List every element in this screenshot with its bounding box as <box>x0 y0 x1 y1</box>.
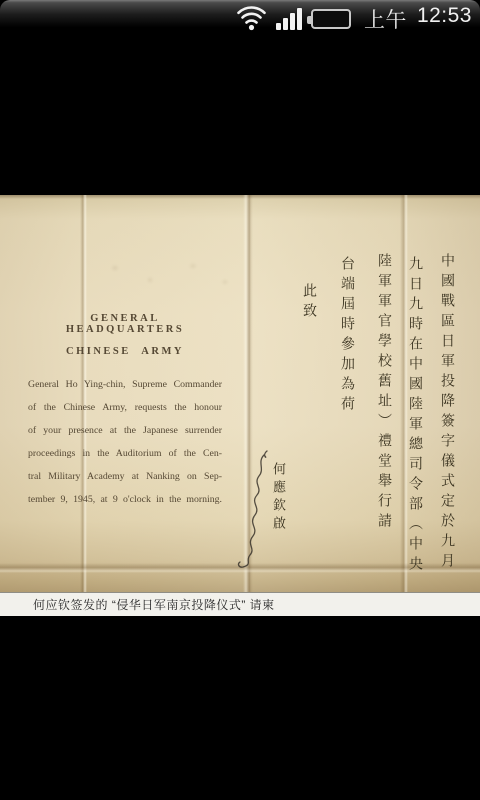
ink-bleed-through <box>95 250 245 310</box>
invitation-title-line1: GENERAL HEADQUARTERS <box>28 313 222 335</box>
document-photo[interactable]: GENERAL HEADQUARTERS CHINESE ARMY Genera… <box>0 195 480 592</box>
chinese-column-4: 台端屆時參加為荷 <box>337 256 357 416</box>
invitation-body-line: proceedings in the Auditorium of the Cen… <box>28 442 222 465</box>
clock-am-pm: 上午 <box>364 4 407 34</box>
chinese-column-2: 九日九時在中國陸軍總司令部（中央 <box>405 256 425 576</box>
caption-text: 何应钦签发的 “侵华日军南京投降仪式” 请柬 <box>33 596 275 613</box>
invitation-body-line: General Ho Ying-chin, Supreme Commander <box>28 373 222 396</box>
clock-time: 12:53 <box>417 4 472 34</box>
phone-screen: 上午 12:53 GENERAL HEADQUARTERS CHINESE AR… <box>0 0 480 800</box>
wifi-icon <box>236 6 267 32</box>
chinese-column-3: 陸軍軍官學校舊址）禮堂舉行請 <box>374 253 394 533</box>
status-bar: 上午 12:53 <box>0 0 480 38</box>
signal-strength-icon <box>276 8 302 30</box>
chinese-column-5: 此致 <box>299 283 319 323</box>
caption-bar: 何应钦签发的 “侵华日军南京投降仪式” 请柬 <box>0 592 480 616</box>
letterbox-bottom <box>0 616 480 800</box>
invitation-body-line: of the Chinese Army, requests the honour <box>28 396 222 419</box>
chinese-column-1: 中國戰區日軍投降簽字儀式定於九月 <box>437 253 457 573</box>
letterbox-top <box>0 38 480 195</box>
battery-icon <box>311 9 351 29</box>
invitation-body: General Ho Ying-chin, Supreme Commander … <box>28 373 222 511</box>
handwritten-signature <box>230 447 274 572</box>
invitation-body-line: of your presence at the Japanese surrend… <box>28 419 222 442</box>
invitation-title-line2: CHINESE ARMY <box>28 346 222 357</box>
status-icons: 上午 12:53 <box>236 4 480 34</box>
english-invitation-page: GENERAL HEADQUARTERS CHINESE ARMY Genera… <box>28 313 222 511</box>
invitation-body-line: tember 9, 1945, at 9 o'clock in the morn… <box>28 488 222 511</box>
battery-cap <box>307 16 311 24</box>
invitation-body-line: tral Military Academy at Nanking on Sep- <box>28 465 222 488</box>
status-clock: 上午 12:53 <box>360 4 472 34</box>
